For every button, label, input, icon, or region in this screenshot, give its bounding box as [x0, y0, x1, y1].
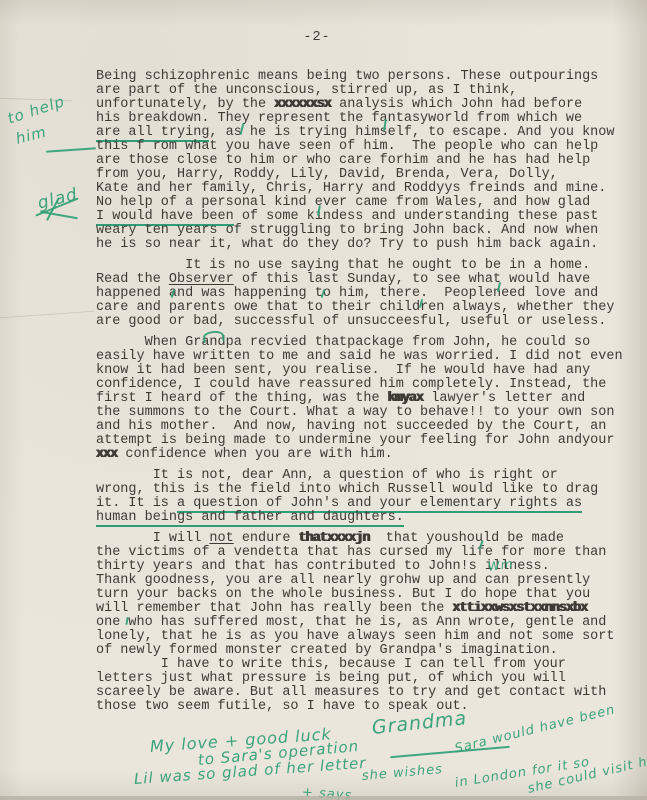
typed-text: of newly formed monster created by Grand… [96, 643, 558, 658]
typed-text: of this last Sunday, to see what would h… [234, 272, 590, 287]
typed-line: weary ten years of struggling to bring J… [96, 224, 631, 238]
note-in-london: in London for it so [454, 755, 591, 791]
paper-crease [0, 98, 72, 102]
typed-line: letters just what pressure is being put,… [96, 672, 631, 686]
typed-text: attempt is being made to undermine your … [96, 433, 614, 448]
margin-note-glad: glad [36, 184, 80, 213]
typed-text: wrong, this is the field into which Russ… [96, 482, 598, 497]
typed-line: When Grandpa recvied thatpackage from Jo… [96, 336, 631, 350]
paper-crease [0, 311, 95, 319]
paragraph: When Grandpa recvied thatpackage from Jo… [96, 336, 631, 462]
typed-line: It is not, dear Ann, a question of who i… [96, 469, 631, 483]
typed-text: thirty years and that has contributed to… [96, 559, 550, 574]
typed-text: are part of the unconscious, stirred up,… [96, 83, 517, 98]
typed-text: confidence, I could have reassured him c… [96, 377, 606, 392]
typed-text: confidence when you are with him. [117, 447, 392, 462]
margin-underline-stroke [46, 147, 96, 152]
typed-line: he is so near it, what do they do? Try t… [96, 238, 631, 252]
typed-line: happened and was happening to him, there… [96, 287, 631, 301]
typed-text: a question of John's and your elementary… [177, 496, 582, 511]
typed-text: and his mother. And now, having not succ… [96, 419, 606, 434]
glad-scribble-3 [46, 197, 60, 221]
typed-text: those two seem futile, so I have to spea… [96, 699, 469, 714]
typed-line: attempt is being made to undermine your … [96, 434, 631, 448]
typed-line: from you, Harry, Roddy, Lily, David, Bre… [96, 168, 631, 182]
typed-text: No help of a personal kind ever came fro… [96, 195, 590, 210]
paper-scan: -2- Being schizophrenic means being two … [0, 0, 647, 800]
typed-text: are all trying [96, 125, 209, 140]
typed-text: I will [96, 531, 209, 546]
typed-text: the victims of a vendetta that has curse… [96, 545, 606, 560]
typed-line: Kate and her family, Chris, Harry and Ro… [96, 182, 631, 196]
typed-line: unfortunately, by the xxxxxxsx analysis … [96, 98, 631, 112]
typed-text: lawyer's letter and [423, 391, 585, 406]
typed-text: I would have been [96, 209, 234, 224]
typed-line: Thank goodness, you are all nearly grohw… [96, 574, 631, 588]
typed-line: first I heard of the thing, was the kmya… [96, 392, 631, 406]
typed-line: Being schizophrenic means being two pers… [96, 70, 631, 84]
typed-text: analysis which John had before [331, 97, 582, 112]
typed-text: it. It is [96, 496, 177, 511]
typed-text: lonely, that he is as you have always se… [96, 629, 614, 644]
note-lil-letter: Lil was so glad of her letter [133, 754, 367, 788]
typed-line: Read the Observer of this last Sunday, t… [96, 273, 631, 287]
note-she-wishes: she wishes [361, 762, 443, 784]
typed-line: human beings and father and daughters. [96, 511, 631, 525]
typed-line: I would have been of some kindess and un… [96, 210, 631, 224]
typed-text: , as he is trying himself, to escape. An… [209, 125, 614, 140]
typed-text: letters just what pressure is being put,… [96, 671, 566, 686]
typed-line: No help of a personal kind ever came fro… [96, 196, 631, 210]
typed-text: turn your backs on the whole business. B… [96, 587, 590, 602]
typed-text: scareely be aware. But all measures to t… [96, 685, 606, 700]
grandma-underline [390, 746, 510, 758]
note-could-visit: she could visit her! [526, 750, 647, 797]
typed-line: one who has suffered most, that he is, a… [96, 616, 631, 630]
typed-text: from you, Harry, Roddy, Lily, David, Bre… [96, 167, 558, 182]
typed-strikeout: xxxxxxsx [274, 97, 331, 112]
glad-scribble-2 [40, 211, 78, 220]
typed-text: It is no use saying that he ought to be … [96, 258, 590, 273]
margin-note-him: him [14, 123, 49, 148]
closing-love: My love + good luck [149, 724, 332, 756]
typed-line: are all trying, as he is trying himself,… [96, 126, 631, 140]
typed-strikeout: xttixxwsxstxxnnsxbx [452, 601, 587, 616]
typed-text: are good or bad, successful of unsuccees… [96, 314, 606, 329]
typed-line: lonely, that he is as you have always se… [96, 630, 631, 644]
typed-line: confidence, I could have reassured him c… [96, 378, 631, 392]
typed-text: know it had been sent, you realise. If h… [96, 363, 590, 378]
typed-text: When Grandpa recvied thatpackage from Jo… [96, 335, 590, 350]
typed-line: xxx confidence when you are with him. [96, 448, 631, 462]
typed-line: I have to write this, because I can tell… [96, 658, 631, 672]
typed-text: this f rom what you have seen of him. Th… [96, 139, 598, 154]
typed-strikeout: kmyax [388, 391, 424, 406]
typed-line: It is no use saying that he ought to be … [96, 259, 631, 273]
typed-line: those two seem futile, so I have to spea… [96, 700, 631, 714]
typed-text: are those close to him or who care forhi… [96, 153, 590, 168]
typed-text: that youshould be made [370, 531, 564, 546]
typed-line: are part of the unconscious, stirred up,… [96, 84, 631, 98]
typed-text: the summons to the Court. What a way to … [96, 405, 614, 420]
typed-line: I will not endure thatxxxxjn that yousho… [96, 532, 631, 546]
typed-line: scareely be aware. But all measures to t… [96, 686, 631, 700]
typed-text: will remember that John has really been … [96, 601, 452, 616]
typed-line: are good or bad, successful of unsuccees… [96, 315, 631, 329]
typed-text: care and parents owe that to their child… [96, 300, 614, 315]
typed-line: of newly formed monster created by Grand… [96, 644, 631, 658]
typed-line: are those close to him or who care forhi… [96, 154, 631, 168]
typed-text: It is not, dear Ann, a question of who i… [96, 468, 558, 483]
typed-text: Thank goodness, you are all nearly grohw… [96, 573, 590, 588]
typed-line: the summons to the Court. What a way to … [96, 406, 631, 420]
typed-text: Read the [96, 272, 169, 287]
scan-edge-bottom [0, 796, 647, 800]
typed-text: human beings and father and daughters. [96, 510, 404, 525]
paragraph: Being schizophrenic means being two pers… [96, 70, 631, 252]
typed-text: of some kindess and understanding these … [234, 209, 599, 224]
note-operation: to Sara's operation [197, 737, 360, 769]
typed-text: he is so near it, what do they do? Try t… [96, 237, 598, 252]
typed-strikeout: thatxxxxjn [299, 531, 370, 546]
typed-text: unfortunately, by the [96, 97, 274, 112]
typed-strikeout: xxx [96, 447, 117, 462]
typed-line: care and parents owe that to their child… [96, 301, 631, 315]
typed-line: turn your backs on the whole business. B… [96, 588, 631, 602]
typed-text: not [209, 531, 233, 546]
typed-line: his breakdown. They represent the fantas… [96, 112, 631, 126]
page-number: -2- [277, 30, 357, 45]
typed-line: thirty years and that has contributed to… [96, 560, 631, 574]
typed-text: weary ten years of struggling to bring J… [96, 223, 598, 238]
typed-line: wrong, this is the field into which Russ… [96, 483, 631, 497]
typed-text: Kate and her family, Chris, Harry and Ro… [96, 181, 606, 196]
typed-text: I have to write this, because I can tell… [96, 657, 566, 672]
typed-line: easily have written to me and said he wa… [96, 350, 631, 364]
paragraph: It is no use saying that he ought to be … [96, 259, 631, 329]
paragraph: I will not endure thatxxxxjn that yousho… [96, 532, 631, 658]
paragraph: I have to write this, because I can tell… [96, 658, 631, 714]
typed-line: and his mother. And now, having not succ… [96, 420, 631, 434]
typed-line: it. It is a question of John's and your … [96, 497, 631, 511]
typed-line: will remember that John has really been … [96, 602, 631, 616]
typed-text: Being schizophrenic means being two pers… [96, 69, 598, 84]
typed-text: one who has suffered most, that he is, a… [96, 615, 606, 630]
typed-text: easily have written to me and said he wa… [96, 349, 623, 364]
typed-text: Observer [169, 272, 234, 287]
typed-line: this f rom what you have seen of him. Th… [96, 140, 631, 154]
typed-line: know it had been sent, you realise. If h… [96, 364, 631, 378]
glad-scribble-1 [35, 197, 78, 216]
typed-text: his breakdown. They represent the fantas… [96, 111, 582, 126]
typed-line: the victims of a vendetta that has curse… [96, 546, 631, 560]
typed-text: first I heard of the thing, was the [96, 391, 388, 406]
letter-body: Being schizophrenic means being two pers… [96, 70, 631, 714]
typed-text: happened and was happening to him, there… [96, 286, 598, 301]
paragraph: It is not, dear Ann, a question of who i… [96, 469, 631, 525]
typed-text: endure [234, 531, 299, 546]
